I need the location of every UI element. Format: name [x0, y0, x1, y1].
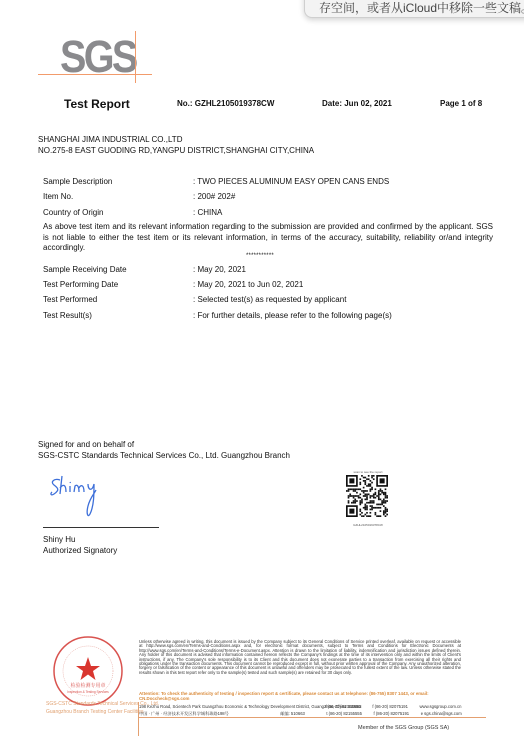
field-value: : For further details, please refer to t… [193, 311, 392, 320]
signed-on-behalf: Signed for and on behalf of SGS-CSTC Sta… [38, 440, 290, 461]
footer-terms: Unless otherwise agreed in writing, this… [139, 640, 461, 675]
address-cn: 中国 · 广州 · 经济技术开发区科学城科珠路198号 [139, 710, 279, 717]
report-number: No.: GZHL2105019378CW [177, 99, 274, 108]
qr-caption-top: scan to see the report [346, 470, 390, 474]
signature-image [48, 470, 118, 520]
logo-text: SGS [60, 34, 136, 79]
field-label: Test Performed [43, 295, 97, 304]
report-date: Date: Jun 02, 2021 [322, 99, 392, 108]
field-value: : TWO PIECES ALUMINUM EASY OPEN CANS END… [193, 177, 389, 186]
field-label: Sample Receiving Date [43, 265, 127, 274]
field-label: Sample Description [43, 177, 112, 186]
field-value: : 200# 202# [193, 192, 235, 201]
sgs-logo: SGS [38, 30, 152, 84]
footer-horizontal-rule [138, 717, 486, 718]
signer-name: Shiny Hu [43, 535, 117, 546]
icloud-notification[interactable]: 存空间，或者从iCloud中移除一些文稿。 [304, 0, 524, 18]
report-title: Test Report [64, 97, 130, 111]
member-statement: Member of the SGS Group (SGS SA) [358, 725, 449, 731]
footer-attention: Attention: To check the authenticity of … [139, 691, 461, 701]
svg-text:检验检测专用章: 检验检测专用章 [70, 682, 105, 689]
applicant-name: SHANGHAI JIMA INDUSTRIAL CO.,LTD [38, 135, 314, 146]
logo-vertical-line [135, 31, 136, 83]
field-value: : May 20, 2021 [193, 265, 246, 274]
field-value: : CHINA [193, 208, 222, 217]
separator: *********** [246, 253, 274, 259]
svg-text:Inspection & Testing Services: Inspection & Testing Services [67, 690, 109, 694]
signed-for-text: Signed for and on behalf of [38, 440, 290, 451]
applicant-address: NO.275-8 EAST GUODING RD,YANGPU DISTRICT… [38, 146, 314, 157]
postcode-cn: 邮编: 510663 [280, 710, 325, 717]
report-header: Test Report No.: GZHL2105019378CW Date: … [0, 97, 524, 113]
qr-code-block[interactable]: scan to see the report GZHL2105019378CW [346, 470, 390, 522]
field-label: Test Performing Date [43, 280, 118, 289]
phone-1: t (86-20) 82155555 [325, 703, 371, 710]
phone-2: t (86-20) 82155555 [326, 710, 372, 717]
company-seal-icon: 检验检测专用章 Inspection & Testing Services [52, 635, 124, 707]
email-link[interactable]: e sgs.china@sgs.com [421, 710, 462, 717]
field-value: : May 20, 2021 to Jun 02, 2021 [193, 280, 303, 289]
field-label: Test Result(s) [43, 311, 92, 320]
qr-caption-bottom: GZHL2105019378CW [346, 523, 390, 527]
applicant-block: SHANGHAI JIMA INDUSTRIAL CO.,LTD NO.275-… [38, 135, 314, 156]
signing-company: SGS-CSTC Standards Technical Services Co… [38, 451, 290, 462]
field-label: Item No. [43, 192, 73, 201]
notification-text: 存空间，或者从iCloud中移除一些文稿。 [319, 1, 524, 15]
fax-2: f (86-20) 82075191 [374, 710, 420, 717]
qr-code-icon [346, 475, 388, 517]
signer-block: Shiny Hu Authorized Signatory [43, 535, 117, 556]
field-value: : Selected test(s) as requested by appli… [193, 295, 346, 304]
signer-title: Authorized Signatory [43, 546, 117, 557]
website-link[interactable]: www.sgsgroup.com.cn [420, 703, 462, 710]
signature-line [43, 527, 159, 528]
fax-1: f (86-20) 82075191 [372, 703, 418, 710]
address-en: 198 Kezhu Road, Scientech Park Guangzhou… [139, 703, 324, 710]
footer-address: 198 Kezhu Road, Scientech Park Guangzhou… [139, 703, 469, 717]
disclaimer-text: As above test item and its relevant info… [43, 222, 493, 254]
page-indicator: Page 1 of 8 [440, 99, 482, 108]
field-label: Country of Origin [43, 208, 103, 217]
